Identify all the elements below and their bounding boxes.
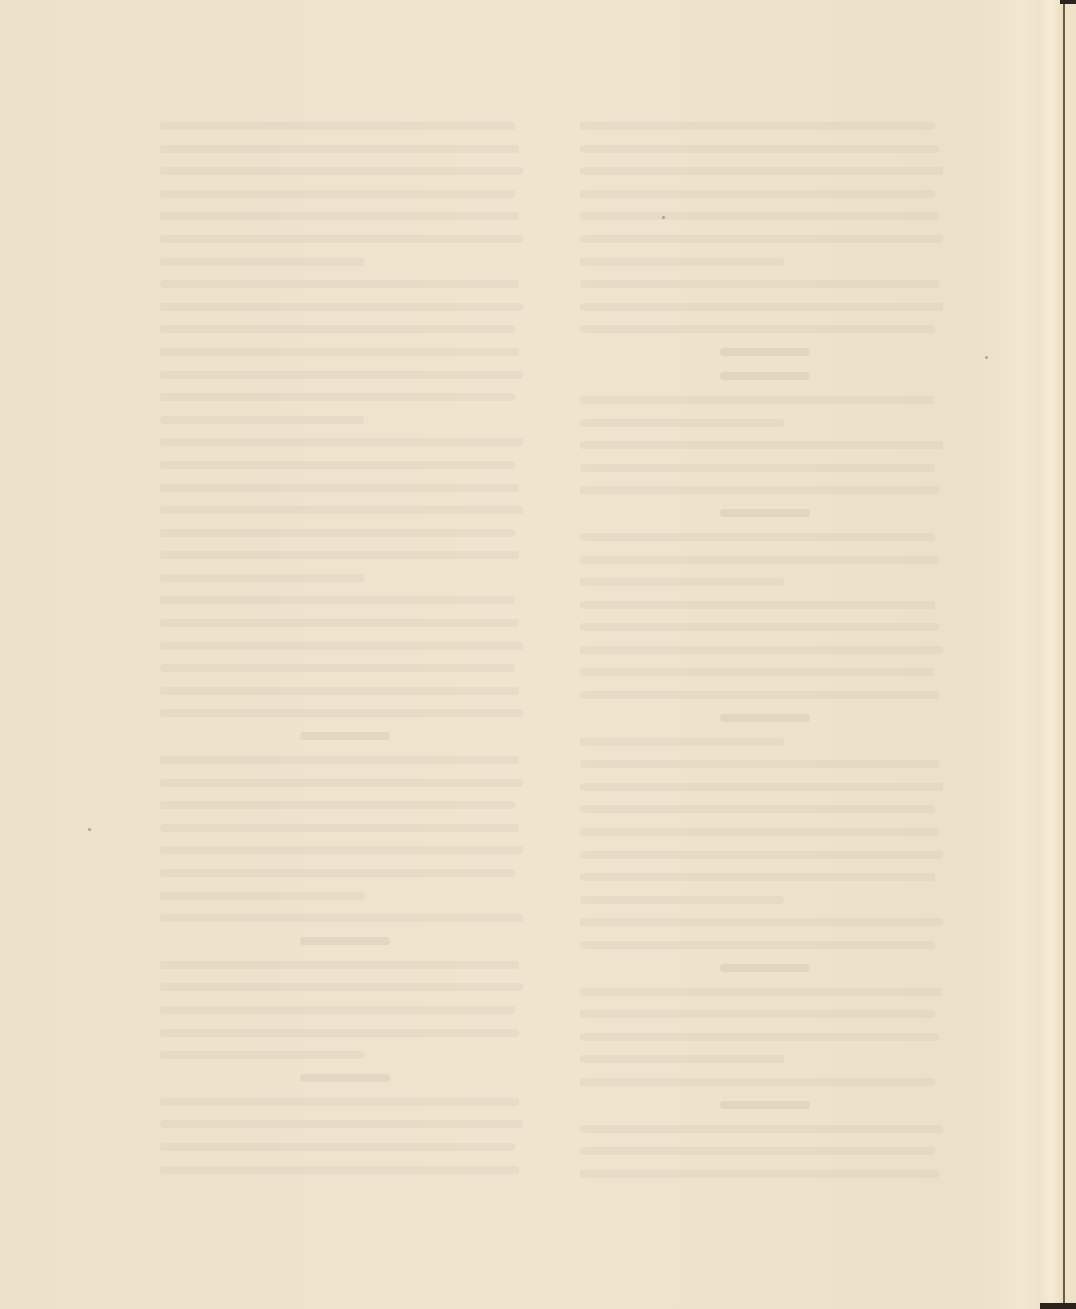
- bleed-through-line: [580, 873, 935, 881]
- bleed-through-line: [160, 1143, 515, 1151]
- page-edge-highlight: [1040, 0, 1064, 1309]
- bleed-through-line: [160, 122, 515, 130]
- bleed-through-line: [580, 896, 784, 904]
- bleed-through-line: [580, 805, 935, 813]
- bleed-through-line: [160, 779, 523, 787]
- bleed-through-heading: [720, 714, 810, 722]
- bleed-through-line: [580, 668, 935, 676]
- bleed-through-line: [160, 709, 523, 717]
- bleed-through-heading: [300, 937, 390, 945]
- bleed-through-heading: [720, 964, 810, 972]
- bleed-through-line: [580, 556, 939, 564]
- bleed-through-line: [160, 824, 519, 832]
- bleed-through-line: [160, 145, 519, 153]
- bleed-through-line: [160, 212, 519, 220]
- bleed-through-line: [160, 1120, 523, 1128]
- scan-border-bottom: [1040, 1303, 1076, 1309]
- paper-speck: [662, 216, 665, 219]
- bleed-through-line: [580, 1055, 784, 1063]
- bleed-through-line: [580, 190, 935, 198]
- bleed-through-line: [580, 578, 784, 586]
- bleed-through-line: [580, 1170, 939, 1178]
- bleed-through-line: [160, 348, 519, 356]
- bleed-through-line: [160, 438, 523, 446]
- scanned-page: [0, 0, 1064, 1309]
- bleed-through-line: [580, 303, 943, 311]
- bleed-through-line: [160, 280, 519, 288]
- bleed-through-heading: [720, 348, 810, 356]
- bleed-through-line: [160, 190, 515, 198]
- bleed-through-line: [160, 574, 364, 582]
- bleed-through-line: [580, 441, 943, 449]
- bleed-through-line: [160, 619, 519, 627]
- bleed-through-heading: [720, 372, 810, 380]
- bleed-through-line: [580, 646, 943, 654]
- bleed-through-line: [580, 122, 935, 130]
- bleed-through-line: [160, 325, 515, 333]
- bleed-through-line: [160, 869, 515, 877]
- bleed-through-line: [160, 756, 519, 764]
- bleed-through-line: [580, 1125, 943, 1133]
- bleed-through-line: [160, 258, 364, 266]
- bleed-through-line: [580, 760, 939, 768]
- bleed-through-line: [580, 851, 943, 859]
- bleed-through-line: [580, 783, 943, 791]
- bleed-through-line: [160, 551, 519, 559]
- bleed-through-line: [580, 419, 784, 427]
- bleed-through-line: [160, 983, 523, 991]
- bleed-through-line: [160, 506, 523, 514]
- bleed-through-line: [160, 484, 519, 492]
- bleed-through-line: [160, 642, 523, 650]
- paper-speck: [88, 828, 91, 831]
- bleed-through-line: [160, 664, 515, 672]
- bleed-through-line: [580, 623, 939, 631]
- bleed-through-line: [160, 596, 515, 604]
- scan-border-top: [1060, 0, 1076, 4]
- bleed-through-line: [580, 1033, 939, 1041]
- bleed-through-line: [580, 1010, 935, 1018]
- bleed-through-line: [580, 533, 935, 541]
- bleed-through-line: [160, 1166, 519, 1174]
- bleed-through-line: [580, 738, 784, 746]
- bleed-through-line: [580, 828, 939, 836]
- bleed-through-line: [160, 1098, 519, 1106]
- bleed-through-line: [580, 918, 943, 926]
- bleed-through-line: [580, 145, 939, 153]
- bleed-through-line: [580, 1078, 935, 1086]
- bleed-through-line: [160, 846, 523, 854]
- bleed-through-left-column: [160, 122, 530, 1188]
- bleed-through-line: [160, 461, 515, 469]
- bleed-through-line: [580, 601, 935, 609]
- bleed-through-line: [160, 529, 515, 537]
- bleed-through-line: [160, 393, 515, 401]
- bleed-through-line: [580, 396, 935, 404]
- bleed-through-heading: [720, 1101, 810, 1109]
- bleed-through-line: [160, 801, 515, 809]
- bleed-through-line: [160, 1029, 519, 1037]
- bleed-through-heading: [720, 509, 810, 517]
- bleed-through-line: [580, 691, 939, 699]
- bleed-through-line: [160, 303, 523, 311]
- bleed-through-line: [580, 988, 943, 996]
- paper-speck: [985, 356, 988, 359]
- bleed-through-line: [160, 961, 519, 969]
- bleed-through-line: [160, 416, 364, 424]
- bleed-through-line: [580, 280, 939, 288]
- bleed-through-line: [580, 1147, 935, 1155]
- bleed-through-line: [160, 687, 519, 695]
- bleed-through-line: [160, 371, 523, 379]
- bleed-through-line: [580, 486, 939, 494]
- bleed-through-line: [580, 941, 935, 949]
- bleed-through-line: [160, 914, 523, 922]
- bleed-through-line: [160, 235, 523, 243]
- bleed-through-line: [580, 258, 784, 266]
- next-page-edge: [1065, 0, 1076, 1309]
- bleed-through-line: [580, 212, 939, 220]
- bleed-through-line: [160, 167, 523, 175]
- bleed-through-line: [580, 325, 935, 333]
- bleed-through-line: [580, 464, 935, 472]
- bleed-through-line: [160, 1006, 515, 1014]
- bleed-through-line: [580, 235, 943, 243]
- bleed-through-heading: [300, 1074, 390, 1082]
- bleed-through-right-column: [580, 122, 950, 1192]
- bleed-through-heading: [300, 732, 390, 740]
- bleed-through-line: [580, 167, 943, 175]
- bleed-through-line: [160, 892, 364, 900]
- bleed-through-line: [160, 1051, 364, 1059]
